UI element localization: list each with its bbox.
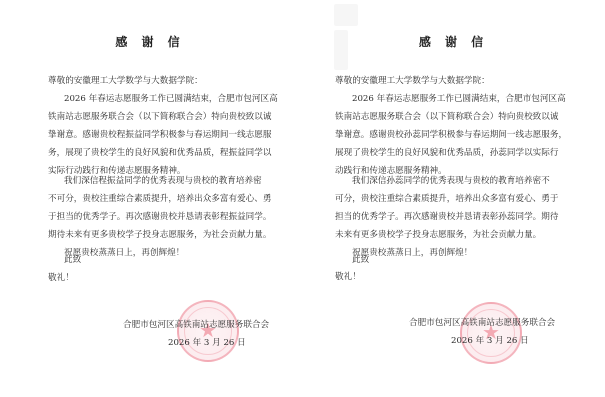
body-line: 展现了贵校学生的良好风貌和优秀品质，孙蕊同学以实际行 — [335, 148, 558, 159]
body-line: 祝愿贵校蒸蒸日上，再创辉煌！ — [64, 248, 184, 259]
body-line: 可分，贵校注重综合素质提升，培养出众多富有爱心、勇于 — [335, 194, 558, 205]
body-line: 于担当的优秀学子。再次感谢贵校并恳请表彰程振益同学。 — [48, 212, 271, 223]
body-line: 我们深信程振益同学的优秀表现与贵校的教育培养密 — [64, 176, 262, 187]
letter-greeting: 尊敬的安徽理工大学数学与大数据学院： — [335, 76, 490, 87]
body-line: 挚谢意。感谢贵校孙蕊同学积极参与春运期间一线志愿服务， — [335, 130, 567, 141]
closing-line-1: 此致 — [64, 255, 81, 266]
body-line: 务，展现了贵校学生的良好风貌和优秀品质，程振益同学以 — [48, 148, 271, 159]
body-line: 不可分，贵校注重综合素质提升，培养出众多富有爱心、勇 — [48, 194, 271, 205]
closing-line-2: 敬礼！ — [48, 273, 74, 284]
signature-date: 2026 年 3 月 26 日 — [451, 334, 529, 346]
signature-organization: 合肥市包河区高铁南站志愿服务联合会 — [123, 318, 269, 330]
closing-line-1: 此致 — [352, 255, 369, 266]
body-line: 挚谢意。感谢贵校程振益同学积极参与春运期间一线志愿服 — [48, 130, 271, 141]
body-line: 我们深信孙蕊同学的优秀表现与贵校的教育培养密不 — [352, 176, 550, 187]
letter-title: 感 谢 信 — [0, 33, 300, 50]
letter-greeting: 尊敬的安徽理工大学数学与大数据学院： — [48, 76, 203, 87]
body-line: 担当的优秀学子。再次感谢贵校并恳请表彰孙蕊同学。期待 — [335, 212, 558, 223]
signature-date: 2026 年 3 月 26 日 — [168, 336, 246, 348]
thank-you-letter-left: 感 谢 信 尊敬的安徽理工大学数学与大数据学院： 2026 年春运志愿服务工作已… — [0, 0, 300, 397]
body-line: 铁南站志愿服务联合会（以下简称联合会）特向贵校致以诚 — [48, 112, 271, 123]
official-seal-stamp: ★ — [460, 302, 522, 364]
signature-organization: 合肥市包河区高铁南站志愿服务联合会 — [409, 316, 555, 328]
thank-you-letter-right: 感 谢 信 尊敬的安徽理工大学数学与大数据学院： 2026 年春运志愿服务工作已… — [302, 0, 605, 397]
body-line: 2026 年春运志愿服务工作已圆满结束，合肥市包河区高 — [352, 94, 566, 105]
closing-line-2: 敬礼！ — [335, 272, 361, 283]
official-seal-stamp: ★ — [177, 300, 239, 362]
body-line: 2026 年春运志愿服务工作已圆满结束，合肥市包河区高 — [64, 94, 278, 105]
body-line: 铁南站志愿服务联合会（以下简称联合会）特向贵校致以诚 — [335, 112, 558, 123]
body-line: 期待未来有更多贵校学子投身志愿服务，为社会贡献力量。 — [48, 230, 271, 241]
body-line: 未来有更多贵校学子投身志愿服务，为社会贡献力量。 — [335, 230, 541, 241]
letter-title: 感 谢 信 — [302, 33, 605, 50]
body-line: 祝愿贵校蒸蒸日上，再创辉煌！ — [352, 248, 472, 259]
scan-artifact — [334, 4, 358, 26]
